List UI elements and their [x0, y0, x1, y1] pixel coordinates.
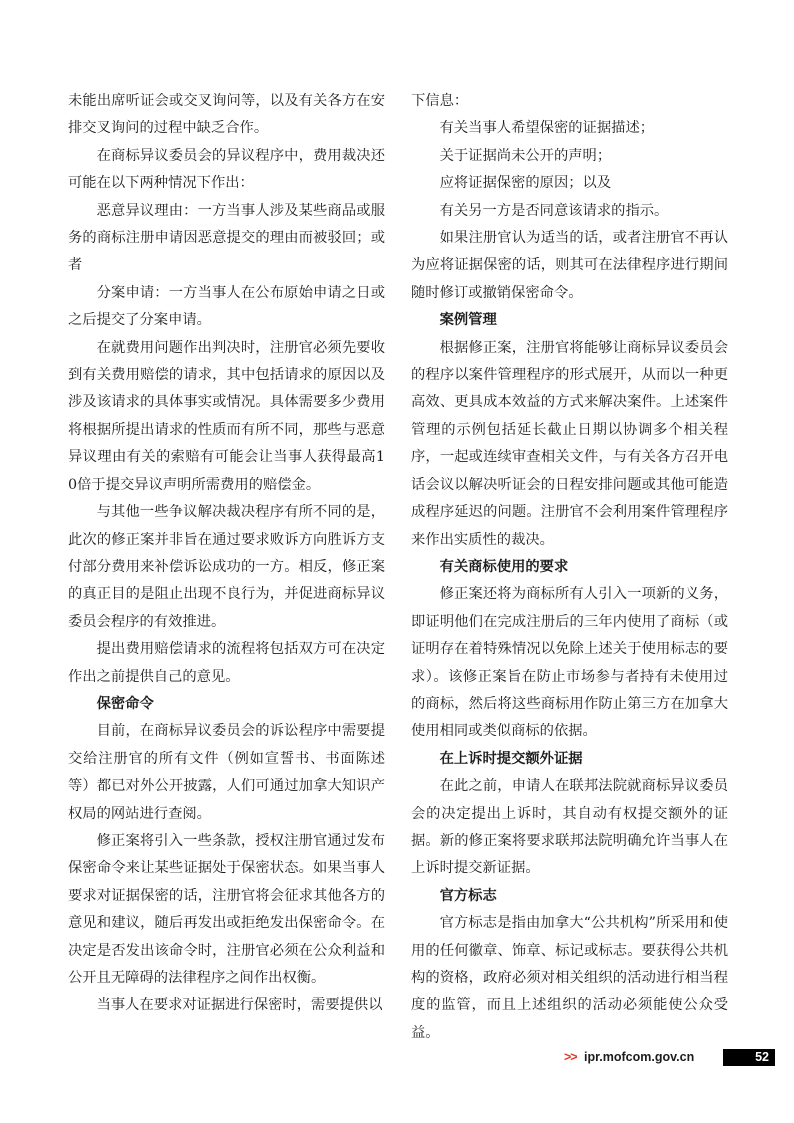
paragraph: 有关当事人希望保密的证据描述；	[411, 115, 728, 142]
paragraph: 应将证据保密的原因；以及	[411, 170, 728, 197]
right-column: 下信息：有关当事人希望保密的证据描述；关于证据尚未公开的声明；应将证据保密的原因…	[411, 88, 728, 1047]
paragraph: 关于证据尚未公开的声明；	[411, 143, 728, 170]
paragraph: 目前，在商标异议委员会的诉讼程序中需要提交给注册官的所有文件（例如宣誓书、书面陈…	[68, 718, 385, 828]
section-heading: 在上诉时提交额外证据	[411, 746, 728, 773]
document-page: 未能出席听证会或交叉询问等，以及有关各方在安排交叉询问的过程中缺乏合作。在商标异…	[0, 0, 794, 1123]
paragraph: 分案申请：一方当事人在公布原始申请之日或之后提交了分案申请。	[68, 280, 385, 335]
text-columns: 未能出席听证会或交叉询问等，以及有关各方在安排交叉询问的过程中缺乏合作。在商标异…	[68, 88, 728, 1047]
paragraph: 修正案将引入一些条款，授权注册官通过发布保密命令来让某些证据处于保密状态。如果当…	[68, 828, 385, 992]
section-heading: 保密命令	[68, 691, 385, 718]
paragraph: 在此之前，申请人在联邦法院就商标异议委员会的决定提出上诉时，其自动有权提交额外的…	[411, 773, 728, 883]
paragraph: 提出费用赔偿请求的流程将包括双方可在决定作出之前提供自己的意见。	[68, 636, 385, 691]
double-chevron-icon: >>	[564, 1050, 577, 1064]
paragraph: 在商标异议委员会的异议程序中，费用裁决还可能在以下两种情况下作出：	[68, 143, 385, 198]
page-number-badge: 52	[723, 1049, 775, 1066]
paragraph: 恶意异议理由：一方当事人涉及某些商品或服务的商标注册申请因恶意提交的理由而被驳回…	[68, 198, 385, 280]
paragraph: 下信息：	[411, 88, 728, 115]
paragraph: 如果注册官认为适当的话，或者注册官不再认为应将证据保密的话，则其可在法律程序进行…	[411, 225, 728, 307]
paragraph: 根据修正案，注册官将能够让商标异议委员会的程序以案件管理程序的形式展开，从而以一…	[411, 335, 728, 554]
paragraph: 修正案还将为商标所有人引入一项新的义务，即证明他们在完成注册后的三年内使用了商标…	[411, 581, 728, 745]
paragraph: 未能出席听证会或交叉询问等，以及有关各方在安排交叉询问的过程中缺乏合作。	[68, 88, 385, 143]
section-heading: 有关商标使用的要求	[411, 554, 728, 581]
section-heading: 案例管理	[411, 307, 728, 334]
page-footer: >> ipr.mofcom.gov.cn 52	[0, 1049, 794, 1067]
paragraph: 与其他一些争议解决裁决程序有所不同的是，此次的修正案并非旨在通过要求败诉方向胜诉…	[68, 499, 385, 636]
section-heading: 官方标志	[411, 883, 728, 910]
paragraph: 官方标志是指由加拿大“公共机构”所采用和使用的任何徽章、饰章、标记或标志。要获得…	[411, 910, 728, 1047]
paragraph: 有关另一方是否同意该请求的指示。	[411, 198, 728, 225]
left-column: 未能出席听证会或交叉询问等，以及有关各方在安排交叉询问的过程中缺乏合作。在商标异…	[68, 88, 385, 1047]
paragraph: 在就费用问题作出判决时，注册官必须先要收到有关费用赔偿的请求，其中包括请求的原因…	[68, 335, 385, 499]
paragraph: 当事人在要求对证据进行保密时，需要提供以	[68, 992, 385, 1019]
footer-url-link[interactable]: ipr.mofcom.gov.cn	[584, 1050, 694, 1064]
